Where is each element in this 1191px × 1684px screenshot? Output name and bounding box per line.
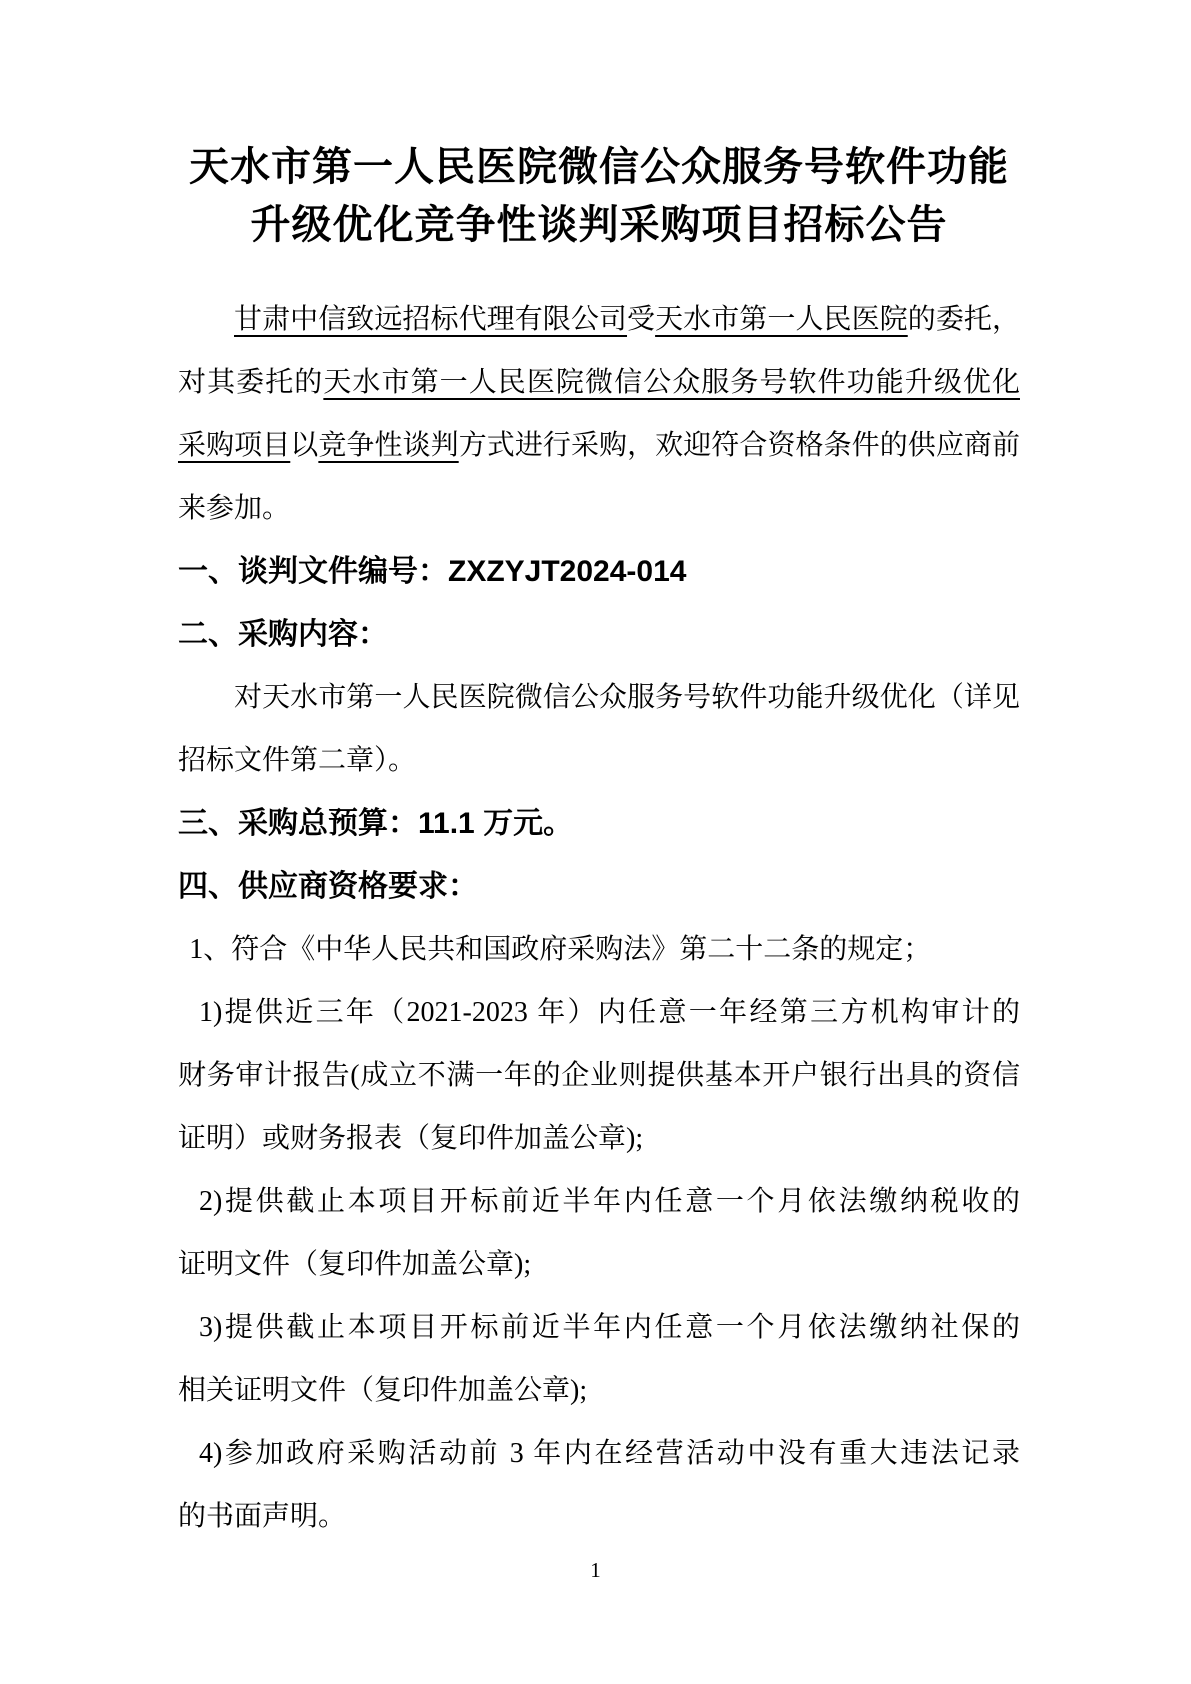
text-line: 招标文件第二章）。	[178, 729, 1020, 792]
title-line-1: 天水市第一人民医院微信公众服务号软件功能	[178, 138, 1020, 196]
underlined-text: 采购项目	[178, 430, 290, 461]
text-segment: 3)提供截止本项目开标前近半年内任意一个月依法缴纳社保的	[199, 1312, 1020, 1343]
text-segment: 1)提供近三年（2021-2023 年）内任意一年经第三方机构审计的	[199, 997, 1020, 1028]
text-segment: 证明）或财务报表（复印件加盖公章);	[178, 1123, 643, 1154]
underlined-text: 竞争性谈判	[318, 430, 458, 461]
text-segment: 二、采购内容：	[178, 618, 388, 651]
text-segment: 对其委托的	[178, 367, 323, 398]
document-page: 天水市第一人民医院微信公众服务号软件功能 升级优化竞争性谈判采购项目招标公告 甘…	[0, 0, 1191, 1684]
text-segment: 方式进行采购，欢迎符合资格条件的供应商前	[459, 430, 1020, 461]
text-segment: 三、采购总预算：11.1 万元。	[178, 807, 573, 840]
text-line: 对其委托的天水市第一人民医院微信公众服务号软件功能升级优化	[178, 351, 1020, 414]
document-title: 天水市第一人民医院微信公众服务号软件功能 升级优化竞争性谈判采购项目招标公告	[178, 138, 1020, 254]
text-line: 财务审计报告(成立不满一年的企业则提供基本开户银行出具的资信	[178, 1044, 1020, 1107]
text-segment: 一、谈判文件编号：ZXZYJT2024-014	[178, 555, 686, 588]
text-line: 4)参加政府采购活动前 3 年内在经营活动中没有重大违法记录	[178, 1422, 1020, 1485]
underlined-text: 甘肃中信致远招标代理有限公司	[234, 304, 627, 335]
text-segment: 的书面声明。	[178, 1501, 346, 1532]
text-segment: 对天水市第一人民医院微信公众服务号软件功能升级优化（详见	[234, 682, 1020, 713]
text-segment: 来参加。	[178, 493, 290, 524]
text-segment: 4)参加政府采购活动前 3 年内在经营活动中没有重大违法记录	[199, 1438, 1020, 1469]
text-line: 来参加。	[178, 477, 1020, 540]
section-heading: 二、采购内容：	[178, 603, 1020, 666]
text-segment: 1、符合《中华人民共和国政府采购法》第二十二条的规定；	[189, 934, 931, 965]
text-segment: 以	[290, 430, 318, 461]
title-line-2: 升级优化竞争性谈判采购项目招标公告	[178, 196, 1020, 254]
section-heading: 四、供应商资格要求：	[178, 855, 1020, 918]
text-line: 采购项目以竞争性谈判方式进行采购，欢迎符合资格条件的供应商前	[178, 414, 1020, 477]
text-segment: 证明文件（复印件加盖公章);	[178, 1249, 531, 1280]
text-line: 证明）或财务报表（复印件加盖公章);	[178, 1107, 1020, 1170]
text-line: 的书面声明。	[178, 1485, 1020, 1548]
text-line: 证明文件（复印件加盖公章);	[178, 1233, 1020, 1296]
text-segment: 财务审计报告(成立不满一年的企业则提供基本开户银行出具的资信	[178, 1060, 1020, 1091]
text-segment: 2)提供截止本项目开标前近半年内任意一个月依法缴纳税收的	[199, 1186, 1020, 1217]
text-segment: 受	[627, 304, 655, 335]
text-line: 1、符合《中华人民共和国政府采购法》第二十二条的规定；	[178, 918, 1020, 981]
text-segment: 的委托，	[908, 304, 1020, 335]
text-line: 对天水市第一人民医院微信公众服务号软件功能升级优化（详见	[178, 666, 1020, 729]
section-heading: 三、采购总预算：11.1 万元。	[178, 792, 1020, 855]
underlined-text: 天水市第一人民医院	[655, 304, 908, 335]
document-body: 甘肃中信致远招标代理有限公司受天水市第一人民医院的委托，对其委托的天水市第一人民…	[178, 288, 1020, 1548]
text-line: 2)提供截止本项目开标前近半年内任意一个月依法缴纳税收的	[178, 1170, 1020, 1233]
text-line: 相关证明文件（复印件加盖公章);	[178, 1359, 1020, 1422]
underlined-text: 天水市第一人民医院微信公众服务号软件功能升级优化	[323, 367, 1020, 398]
page-number: 1	[0, 1558, 1191, 1583]
text-line: 3)提供截止本项目开标前近半年内任意一个月依法缴纳社保的	[178, 1296, 1020, 1359]
text-segment: 招标文件第二章）。	[178, 745, 416, 776]
text-line: 1)提供近三年（2021-2023 年）内任意一年经第三方机构审计的	[178, 981, 1020, 1044]
text-segment: 相关证明文件（复印件加盖公章);	[178, 1375, 587, 1406]
section-heading: 一、谈判文件编号：ZXZYJT2024-014	[178, 540, 1020, 603]
text-line: 甘肃中信致远招标代理有限公司受天水市第一人民医院的委托，	[178, 288, 1020, 351]
text-segment: 四、供应商资格要求：	[178, 870, 478, 903]
